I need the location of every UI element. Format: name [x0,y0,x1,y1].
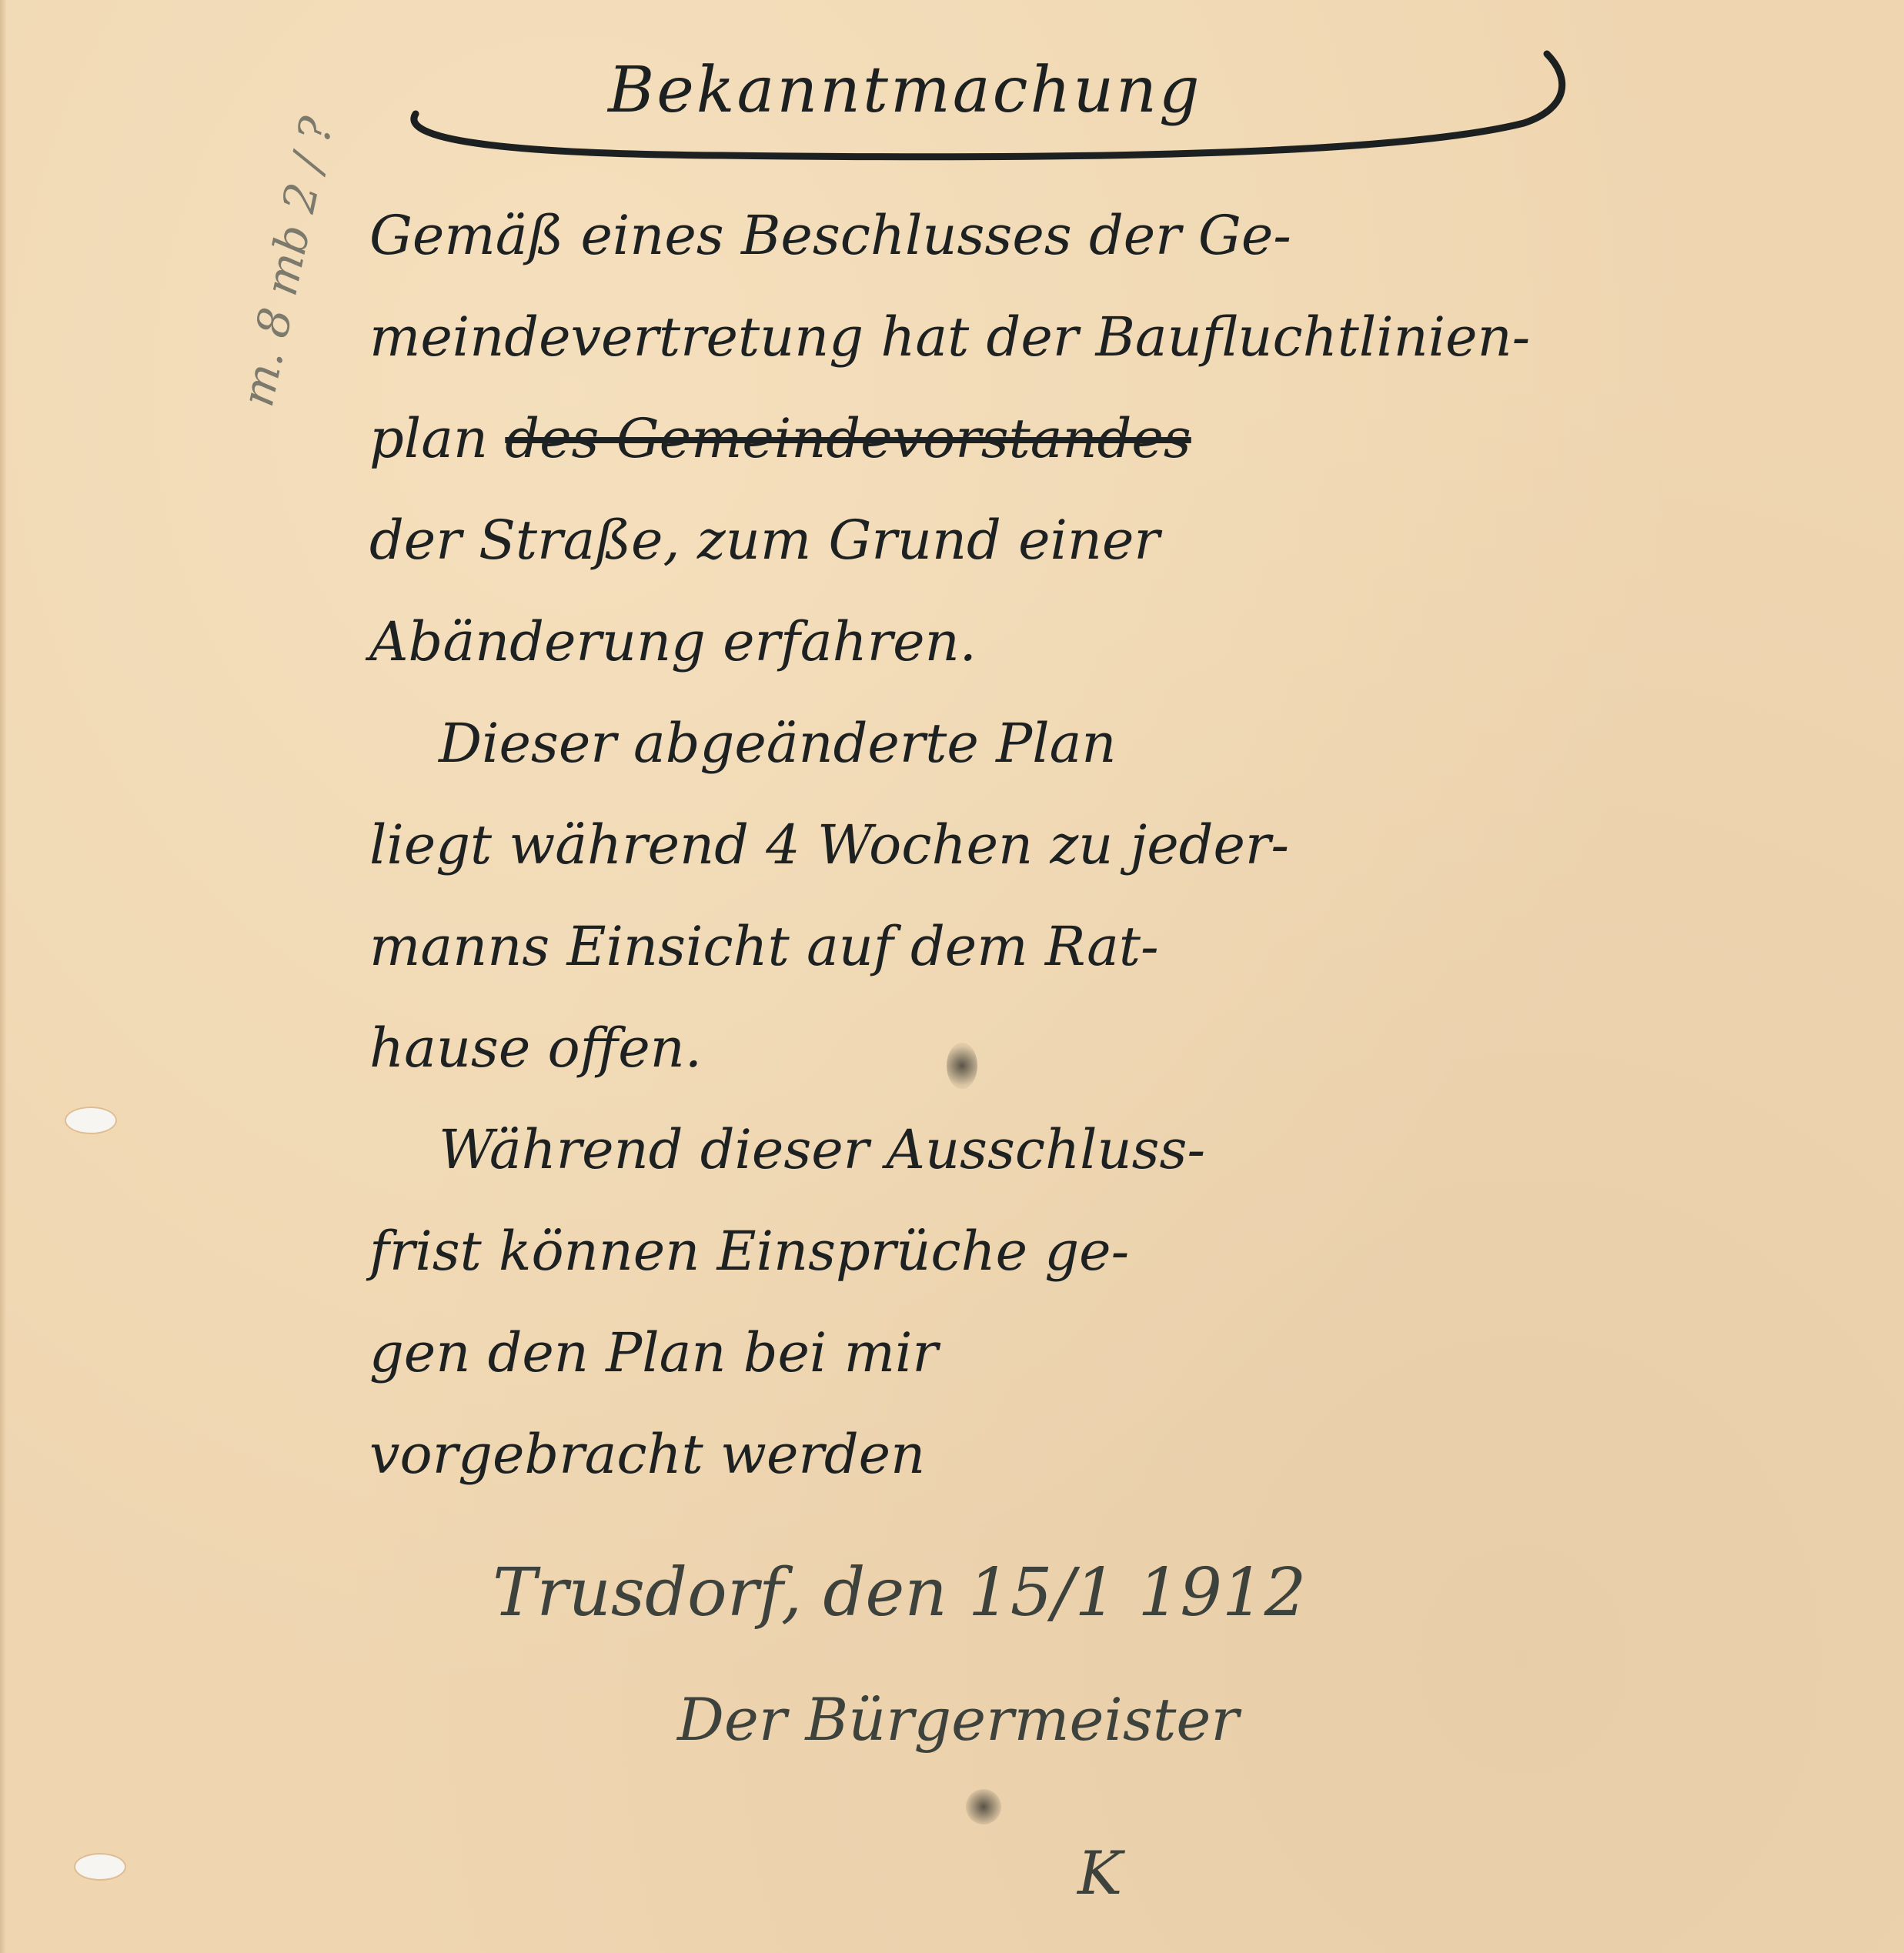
signature-title: Der Bürgermeister [677,1685,1239,1754]
torn-left-edge [0,0,6,1953]
body-line: der Straße, zum Grund einer [369,489,1832,591]
place-and-date: Trusdorf, den 15/1 1912 [493,1554,1306,1631]
struck-through-text: des Gemeindevorstandes [505,407,1191,470]
body-line: gen den Plan bei mir [369,1302,1832,1404]
title-block: Bekanntmachung [400,31,1570,162]
punch-hole-lower [75,1855,125,1879]
body-line: vorgebracht werden [369,1404,1832,1505]
paragraph-3: Während dieser Ausschluss- frist können … [369,1099,1832,1505]
ink-blot [947,1043,977,1089]
notice-body: Gemäß eines Beschlusses der Ge- meindeve… [369,185,1832,1505]
body-line: manns Einsicht auf dem Rat- [369,896,1832,997]
body-line: plan des Gemeindevorstandes [369,388,1832,489]
body-line: frist können Einsprüche ge- [369,1200,1832,1302]
body-line: liegt während 4 Wochen zu jeder- [369,794,1832,896]
signature-initial: K [1077,1839,1122,1908]
body-line: meindevertretung hat der Baufluchtlinien… [369,286,1832,388]
document-title: Bekanntmachung [608,54,1201,127]
ink-blot [966,1789,1001,1824]
paragraph-1: Gemäß eines Beschlusses der Ge- meindeve… [369,185,1832,693]
paragraph-2: Dieser abgeänderte Plan liegt während 4 … [369,693,1832,1099]
body-line: Während dieser Ausschluss- [369,1099,1832,1200]
body-line: hause offen. [369,997,1832,1099]
punch-hole-upper [66,1108,115,1133]
body-line: Gemäß eines Beschlusses der Ge- [369,185,1832,286]
body-fragment: plan [369,407,488,470]
body-line: Abänderung erfahren. [369,591,1832,693]
body-line: Dieser abgeänderte Plan [369,693,1832,794]
